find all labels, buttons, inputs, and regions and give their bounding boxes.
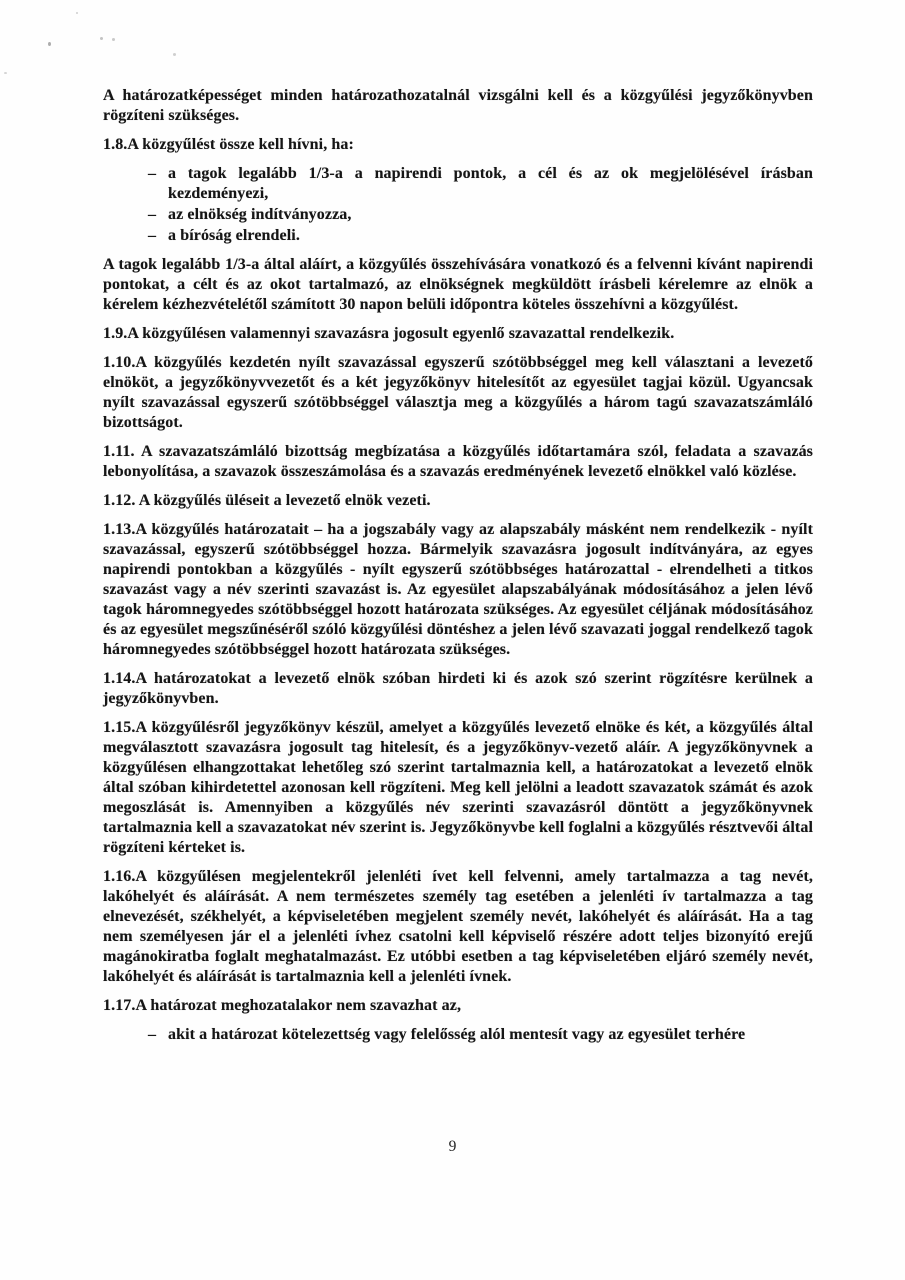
list-item: – a tagok legalább 1/3-a a napirendi pon…	[103, 164, 813, 204]
list-item-text: az elnökség indítványozza,	[168, 206, 352, 223]
dash-bullet: –	[148, 205, 156, 225]
paragraph-1-15: 1.15.A közgyűlésről jegyzőkönyv készül, …	[103, 718, 813, 858]
list-item: – az elnökség indítványozza,	[103, 205, 813, 225]
scanned-document-page: A határozatképességet minden határozatho…	[0, 0, 905, 1280]
list-item-text: akit a határozat kötelezettség vagy fele…	[168, 1026, 745, 1043]
scan-speck	[100, 37, 103, 40]
page-number: 9	[449, 1138, 457, 1155]
dash-bullet: –	[148, 164, 156, 184]
paragraph-1-17: 1.17.A határozat meghozatalakor nem szav…	[103, 996, 813, 1016]
list-item-text: a bíróság elrendeli.	[168, 227, 300, 244]
dash-bullet: –	[148, 226, 156, 246]
list-item: – a bíróság elrendeli.	[103, 226, 813, 246]
paragraph-convening-rule: A tagok legalább 1/3-a által aláírt, a k…	[103, 255, 813, 315]
dash-bullet: –	[148, 1025, 156, 1045]
paragraph-1-12: 1.12. A közgyűlés üléseit a levezető eln…	[103, 491, 813, 511]
paragraph-1-14: 1.14.A határozatokat a levezető elnök sz…	[103, 669, 813, 709]
scan-speck	[4, 72, 7, 74]
paragraph-1-9: 1.9.A közgyűlésen valamennyi szavazásra …	[103, 324, 813, 344]
scan-speck	[76, 12, 78, 14]
bullet-list-1-8: – a tagok legalább 1/3-a a napirendi pon…	[103, 164, 813, 246]
paragraph-1-16: 1.16.A közgyűlésen megjelentekről jelenl…	[103, 867, 813, 987]
bullet-list-1-17: – akit a határozat kötelezettség vagy fe…	[103, 1025, 813, 1045]
paragraph-1-11: 1.11. A szavazatszámláló bizottság megbí…	[103, 442, 813, 482]
list-item-text: a tagok legalább 1/3-a a napirendi ponto…	[168, 165, 813, 202]
list-item: – akit a határozat kötelezettség vagy fe…	[103, 1025, 813, 1045]
document-body: A határozatképességet minden határozatho…	[103, 86, 813, 1054]
paragraph-1-13: 1.13.A közgyűlés határozatait – ha a jog…	[103, 520, 813, 660]
scan-speck	[112, 38, 115, 41]
scan-speck	[48, 42, 51, 46]
scan-speck	[173, 53, 176, 56]
paragraph-1-10: 1.10.A közgyűlés kezdetén nyílt szavazás…	[103, 353, 813, 433]
paragraph-intro: A határozatképességet minden határozatho…	[103, 86, 813, 126]
page-footer: 9	[0, 1138, 905, 1156]
paragraph-1-8: 1.8.A közgyűlést össze kell hívni, ha:	[103, 135, 813, 155]
